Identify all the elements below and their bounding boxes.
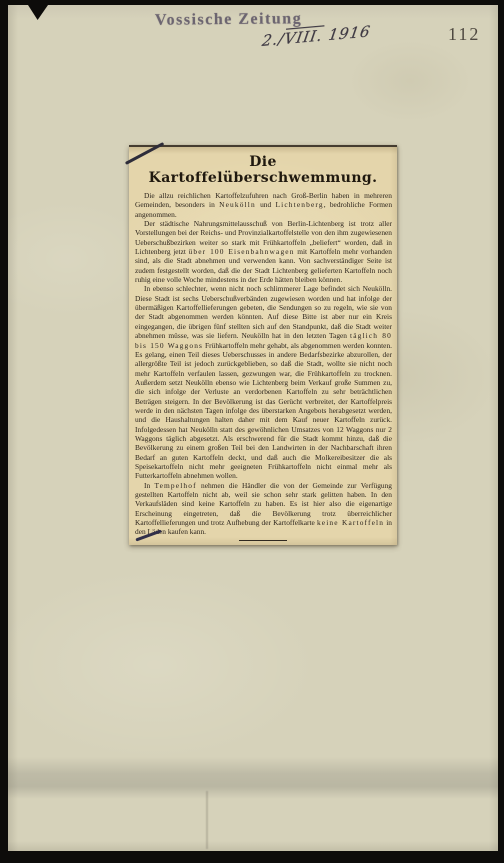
article-end-rule bbox=[239, 540, 287, 541]
article-paragraph: Die allzu reichlichen Kartoffelzufuhren … bbox=[135, 191, 392, 219]
date-year: 1916 bbox=[327, 22, 372, 44]
page-crease-mark bbox=[206, 791, 208, 849]
article-paragraph: In Tempelhof nehmen die Händler die von … bbox=[135, 481, 392, 537]
article-paragraph: Der städtische Nahrungsmittelausschuß vo… bbox=[135, 219, 392, 284]
newspaper-stamp: Vossische Zeitung bbox=[155, 10, 302, 30]
article-paragraph: In ebenso schlechter, wenn nicht noch sc… bbox=[135, 284, 392, 480]
page-fold-shadow bbox=[8, 757, 498, 799]
date-month: VIII. bbox=[283, 26, 324, 48]
page-number: 112 bbox=[448, 24, 480, 45]
page-corner-tear bbox=[28, 5, 48, 20]
newspaper-clipping: Die Kartoffelüberschwemmung. Die allzu r… bbox=[129, 145, 397, 545]
album-page: Vossische Zeitung 2./VIII. 1916 112 Die … bbox=[8, 5, 498, 851]
article-body: Die allzu reichlichen Kartoffelzufuhren … bbox=[129, 189, 397, 537]
article-title: Die Kartoffelüberschwemmung. bbox=[129, 147, 397, 189]
